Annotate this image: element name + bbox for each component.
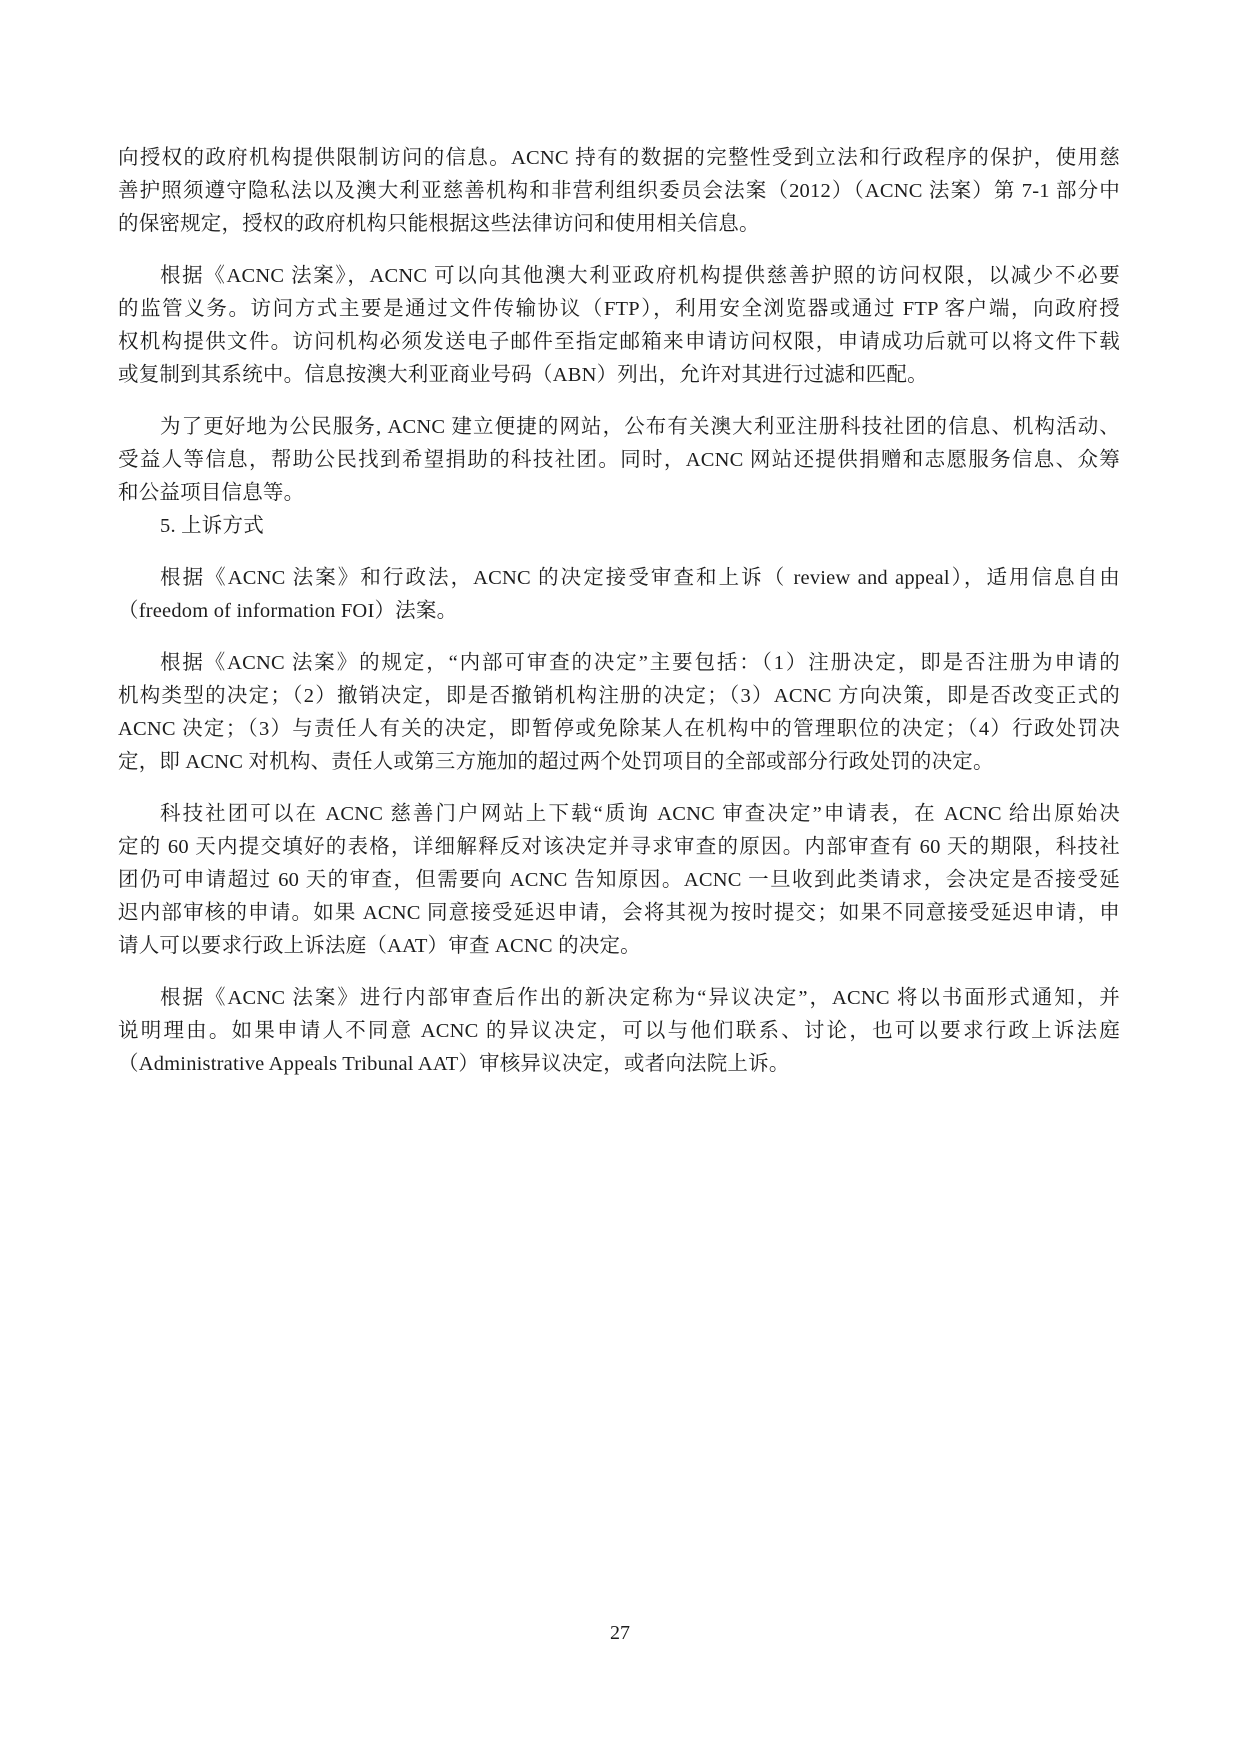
text-line: 5. 上诉方式 xyxy=(118,510,1120,543)
text-line: 或复制到其系统中。信息按澳大利亚商业号码（ABN）列出，允许对其进行过滤和匹配。 xyxy=(118,359,1120,392)
text-line: 受益人等信息，帮助公民找到希望捐助的科技社团。同时，ACNC 网站还提供捐赠和志… xyxy=(118,444,1120,477)
text-line: 的监管义务。访问方式主要是通过文件传输协议（FTP），利用安全浏览器或通过 FT… xyxy=(118,293,1120,326)
text-line: 根据《ACNC 法案》进行内部审查后作出的新决定称为“异议决定”，ACNC 将以… xyxy=(118,982,1120,1015)
text-line: （freedom of information FOI）法案。 xyxy=(118,595,1120,628)
paragraph: 根据《ACNC 法案》的规定，“内部可审查的决定”主要包括：（1）注册决定，即是… xyxy=(118,647,1120,779)
text-line: 根据《ACNC 法案》和行政法，ACNC 的决定接受审查和上诉（ review … xyxy=(118,562,1120,595)
document-body: 向授权的政府机构提供限制访问的信息。ACNC 持有的数据的完整性受到立法和行政程… xyxy=(118,142,1120,1081)
text-line: 请人可以要求行政上诉法庭（AAT）审查 ACNC 的决定。 xyxy=(118,930,1120,963)
text-line: 和公益项目信息等。 xyxy=(118,477,1120,510)
paragraph: 根据《ACNC 法案》，ACNC 可以向其他澳大利亚政府机构提供慈善护照的访问权… xyxy=(118,260,1120,392)
text-line: 科技社团可以在 ACNC 慈善门户网站上下载“质询 ACNC 审查决定”申请表，… xyxy=(118,798,1120,831)
page-number: 27 xyxy=(610,1622,630,1644)
paragraph: 科技社团可以在 ACNC 慈善门户网站上下载“质询 ACNC 审查决定”申请表，… xyxy=(118,798,1120,963)
paragraph: 根据《ACNC 法案》进行内部审查后作出的新决定称为“异议决定”，ACNC 将以… xyxy=(118,982,1120,1081)
text-line: 机构类型的决定；（2）撤销决定，即是否撤销机构注册的决定；（3）ACNC 方向决… xyxy=(118,680,1120,713)
text-line: （Administrative Appeals Tribunal AAT）审核异… xyxy=(118,1048,1120,1081)
text-line: 为了更好地为公民服务, ACNC 建立便捷的网站，公布有关澳大利亚注册科技社团的… xyxy=(118,411,1120,444)
paragraph: 根据《ACNC 法案》和行政法，ACNC 的决定接受审查和上诉（ review … xyxy=(118,562,1120,628)
paragraph: 为了更好地为公民服务, ACNC 建立便捷的网站，公布有关澳大利亚注册科技社团的… xyxy=(118,411,1120,510)
text-line: 说明理由。如果申请人不同意 ACNC 的异议决定，可以与他们联系、讨论，也可以要… xyxy=(118,1015,1120,1048)
text-line: 向授权的政府机构提供限制访问的信息。ACNC 持有的数据的完整性受到立法和行政程… xyxy=(118,142,1120,175)
text-line: 团仍可申请超过 60 天的审查，但需要向 ACNC 告知原因。ACNC 一旦收到… xyxy=(118,864,1120,897)
text-line: 定的 60 天内提交填好的表格，详细解释反对该决定并寻求审查的原因。内部审查有 … xyxy=(118,831,1120,864)
text-line: 迟内部审核的申请。如果 ACNC 同意接受延迟申请，会将其视为按时提交；如果不同… xyxy=(118,897,1120,930)
paragraph: 向授权的政府机构提供限制访问的信息。ACNC 持有的数据的完整性受到立法和行政程… xyxy=(118,142,1120,241)
page-footer: 27 xyxy=(0,1620,1240,1646)
text-line: 根据《ACNC 法案》的规定，“内部可审查的决定”主要包括：（1）注册决定，即是… xyxy=(118,647,1120,680)
text-line: 定，即 ACNC 对机构、责任人或第三方施加的超过两个处罚项目的全部或部分行政处… xyxy=(118,746,1120,779)
text-line: 根据《ACNC 法案》，ACNC 可以向其他澳大利亚政府机构提供慈善护照的访问权… xyxy=(118,260,1120,293)
text-line: ACNC 决定；（3）与责任人有关的决定，即暂停或免除某人在机构中的管理职位的决… xyxy=(118,713,1120,746)
section-heading: 5. 上诉方式 xyxy=(118,510,1120,543)
text-line: 善护照须遵守隐私法以及澳大利亚慈善机构和非营利组织委员会法案（2012）（ACN… xyxy=(118,175,1120,208)
text-line: 权机构提供文件。访问机构必须发送电子邮件至指定邮箱来申请访问权限，申请成功后就可… xyxy=(118,326,1120,359)
text-line: 的保密规定，授权的政府机构只能根据这些法律访问和使用相关信息。 xyxy=(118,208,1120,241)
